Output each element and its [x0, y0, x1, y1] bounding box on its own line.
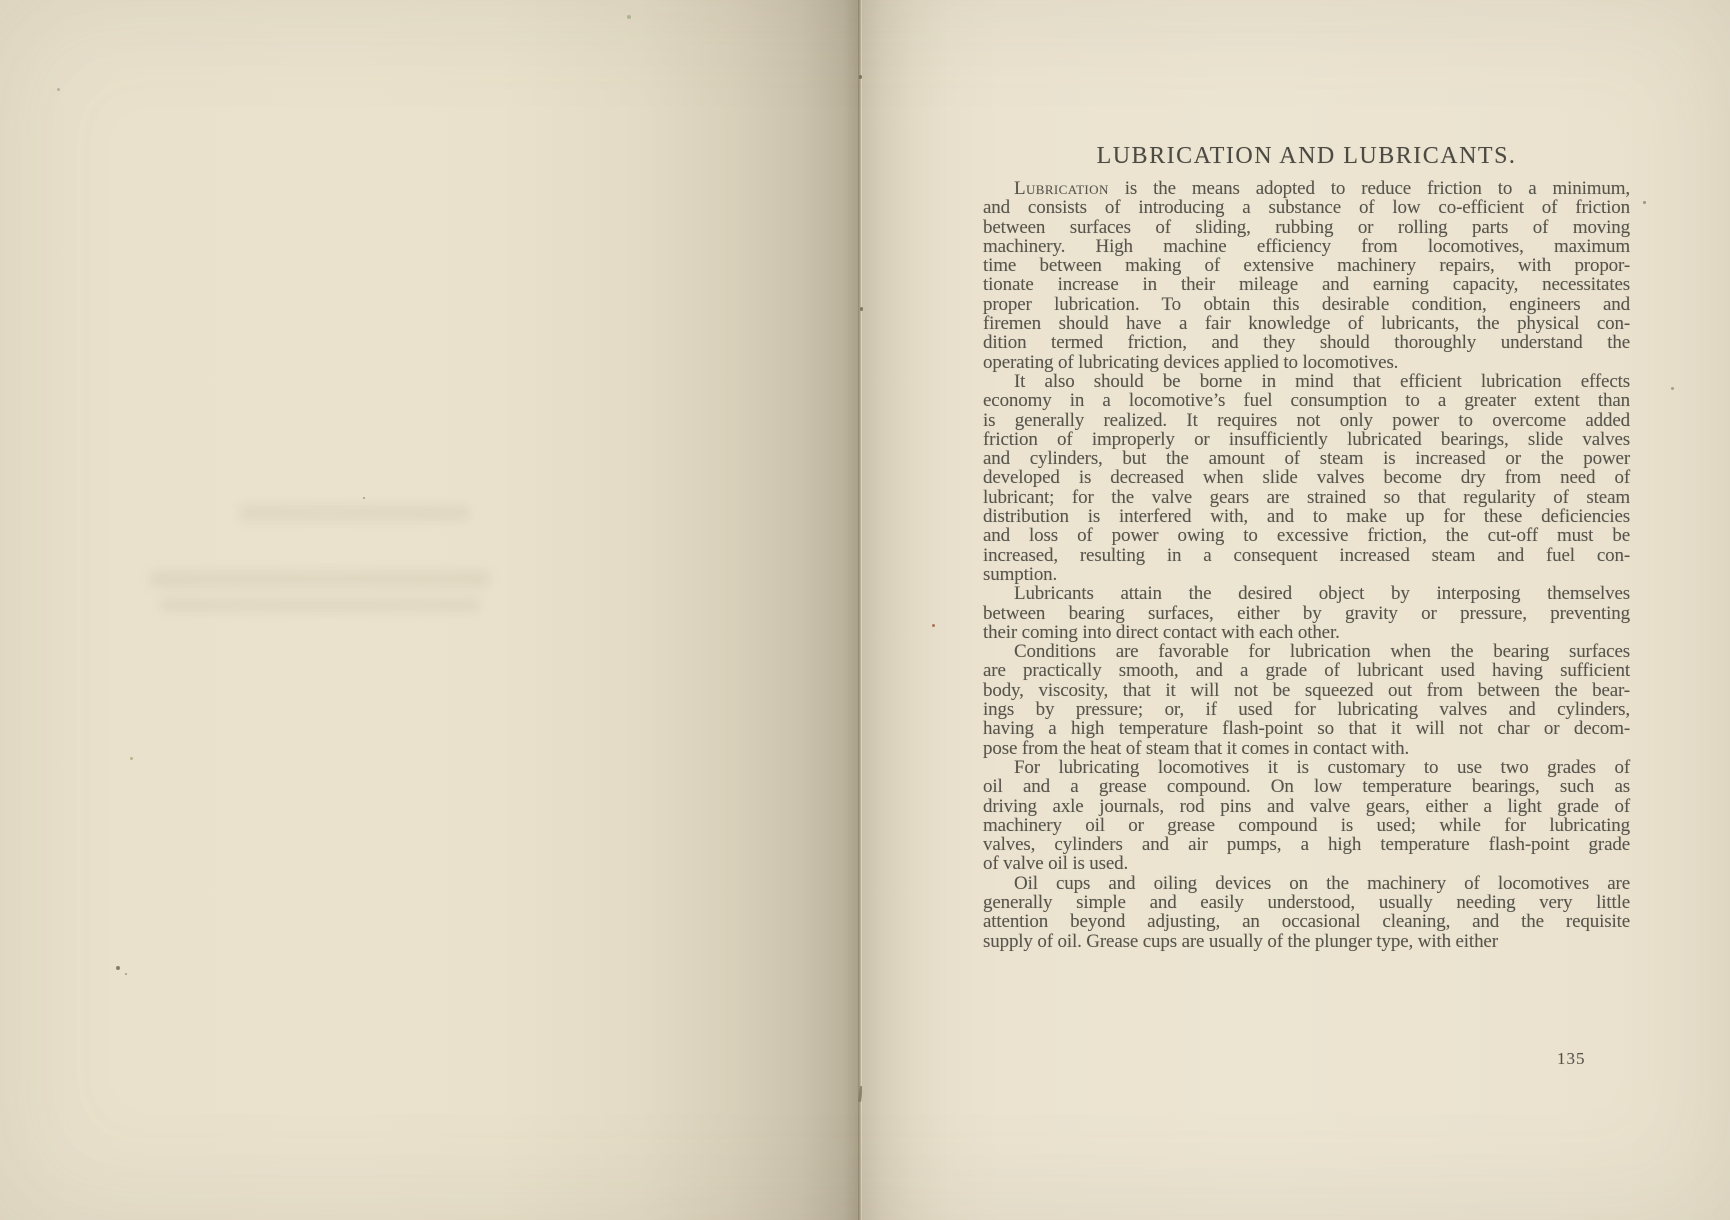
paragraph: Oil cups and oiling devices on the machi… [983, 874, 1630, 951]
paper-speck [932, 624, 935, 627]
paper-speck [627, 15, 631, 19]
body-text: Lubrication is the means adopted to redu… [983, 179, 1630, 951]
text-line: attention beyond adjusting, an occasiona… [983, 912, 1630, 931]
page-content: LUBRICATION AND LUBRICANTS. Lubrication … [983, 142, 1630, 951]
text-line: ings by pressure; or, if used for lubric… [983, 700, 1630, 719]
paper-speck [363, 497, 365, 499]
text-line: between surfaces of sliding, rubbing or … [983, 218, 1630, 237]
text-line: supply of oil. Grease cups are usually o… [983, 932, 1630, 951]
text-line: oil and a grease compound. On low temper… [983, 777, 1630, 796]
text-line: pose from the heat of steam that it come… [983, 739, 1630, 758]
text-line: proper lubrication. To obtain this desir… [983, 295, 1630, 314]
text-line: driving axle journals, rod pins and valv… [983, 797, 1630, 816]
text-line: body, viscosity, that it will not be squ… [983, 681, 1630, 700]
text-line: lubricant; for the valve gears are strai… [983, 488, 1630, 507]
text-line: machinery oil or grease compound is used… [983, 816, 1630, 835]
text-line: sumption. [983, 565, 1630, 584]
text-line: developed is decreased when slide valves… [983, 468, 1630, 487]
text-line: and cylinders, but the amount of steam i… [983, 449, 1630, 468]
text-line: are practically smooth, and a grade of l… [983, 661, 1630, 680]
book-spread-scan: LUBRICATION AND LUBRICANTS. Lubrication … [0, 0, 1730, 1220]
text-line: operating of lubricating devices applied… [983, 353, 1630, 372]
text-line: dition termed friction, and they should … [983, 333, 1630, 352]
text-line: firemen should have a fair knowledge of … [983, 314, 1630, 333]
paragraph: Lubrication is the means adopted to redu… [983, 179, 1630, 372]
paper-speck [1643, 201, 1646, 204]
right-page: LUBRICATION AND LUBRICANTS. Lubrication … [862, 0, 1730, 1220]
paper-speck [859, 75, 862, 79]
text-line: having a high temperature flash-point so… [983, 719, 1630, 738]
text-line: valves, cylinders and air pumps, a high … [983, 835, 1630, 854]
paper-speck [860, 307, 863, 311]
paragraph: Conditions are favorable for lubrication… [983, 642, 1630, 758]
page-number: 135 [1557, 1049, 1586, 1069]
text-line: is generally realized. It requires not o… [983, 411, 1630, 430]
paper-speck [125, 973, 127, 975]
text-line: time between making of extensive machine… [983, 256, 1630, 275]
text-line: distribution is interfered with, and to … [983, 507, 1630, 526]
lead-word-smallcaps: Lubrication [1014, 178, 1109, 199]
paragraph: Lubricants attain the desired object by … [983, 584, 1630, 642]
text-line: between bearing surfaces, either by grav… [983, 604, 1630, 623]
text-line: and loss of power owing to excessive fri… [983, 526, 1630, 545]
show-through-ghost [240, 505, 470, 521]
paper-speck [57, 88, 60, 91]
text-line: For lubricating locomotives it is custom… [983, 758, 1630, 777]
text-line: of valve oil is used. [983, 854, 1630, 873]
text-line: their coming into direct contact with ea… [983, 623, 1630, 642]
text-line: economy in a locomotive’s fuel consumpti… [983, 391, 1630, 410]
left-page [0, 0, 860, 1220]
text-line: friction of improperly or insufficiently… [983, 430, 1630, 449]
text-line: tionate increase in their mileage and ea… [983, 275, 1630, 294]
paper-speck [130, 757, 133, 760]
page-title: LUBRICATION AND LUBRICANTS. [983, 142, 1630, 170]
paragraph: For lubricating locomotives it is custom… [983, 758, 1630, 874]
text-line: machinery. High machine efficiency from … [983, 237, 1630, 256]
text-line: Lubrication is the means adopted to redu… [983, 179, 1630, 198]
paragraph: It also should be borne in mind that eff… [983, 372, 1630, 584]
text-line: Lubricants attain the desired object by … [983, 584, 1630, 603]
paper-speck [1671, 387, 1674, 390]
text-line: Conditions are favorable for lubrication… [983, 642, 1630, 661]
text-line: Oil cups and oiling devices on the machi… [983, 874, 1630, 893]
text-line: increased, resulting in a consequent inc… [983, 546, 1630, 565]
text-line: and consists of introducing a substance … [983, 198, 1630, 217]
paper-speck [116, 966, 120, 970]
show-through-ghost [160, 598, 480, 612]
show-through-ghost [150, 570, 490, 588]
text-line: It also should be borne in mind that eff… [983, 372, 1630, 391]
text-line: generally simple and easily understood, … [983, 893, 1630, 912]
